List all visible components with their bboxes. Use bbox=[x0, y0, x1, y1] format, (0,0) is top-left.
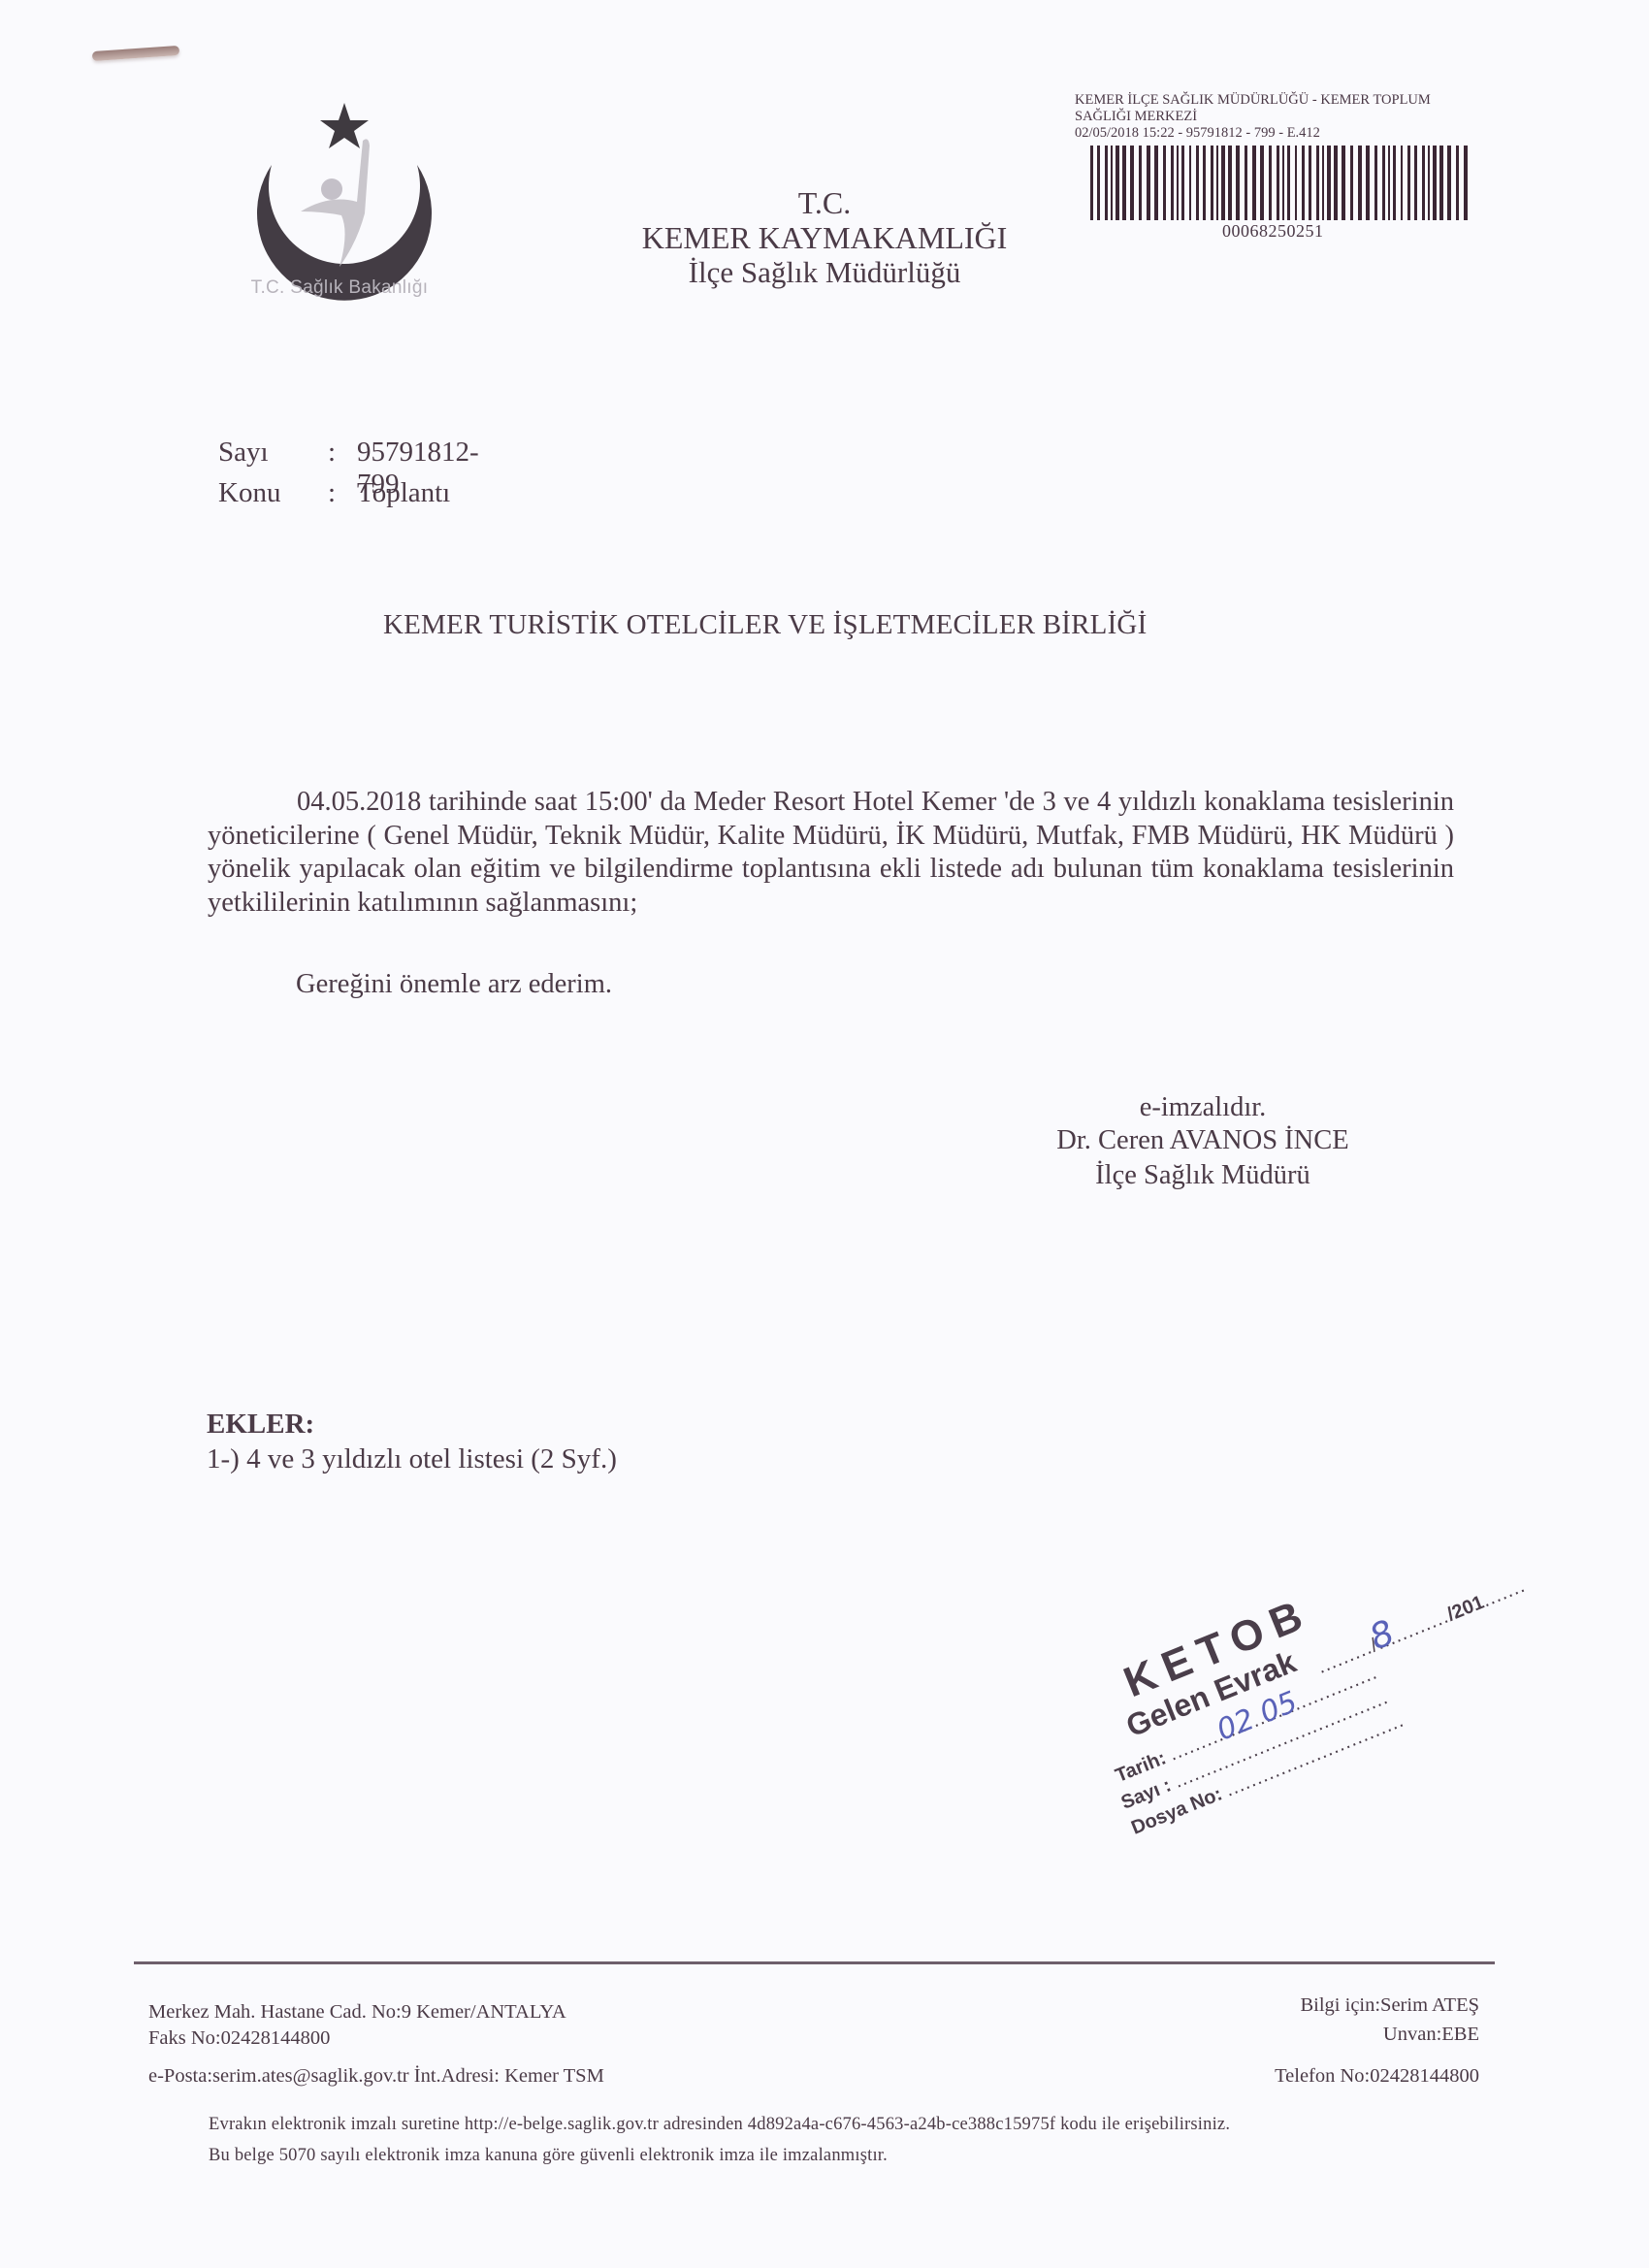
footer-contact-title: Unvan:EBE bbox=[1383, 2024, 1479, 2046]
stamp-year-row: ........./............/201....... bbox=[1314, 1575, 1529, 1679]
logo-caption: T.C. Sağlık Bakanlığı bbox=[213, 277, 466, 299]
closing-line: Gereğini önemle arz ederim. bbox=[296, 969, 612, 1000]
footer-contact-person: Bilgi için:Serim ATEŞ bbox=[1300, 1994, 1479, 2017]
verification-note: Evrakın elektronik imzalı suretine http:… bbox=[209, 2115, 1230, 2135]
header-directorate: İlçe Sağlık Müdürlüğü bbox=[582, 254, 1067, 291]
barcode-stamp-line: 02/05/2018 15:22 - 95791812 - 799 - E.41… bbox=[1075, 125, 1431, 142]
barcode-number: 00068250251 bbox=[1222, 221, 1324, 242]
addressee: KEMER TURİSTİK OTELCİLER VE İŞLETMECİLER… bbox=[383, 609, 1147, 641]
received-stamp: KETOB Gelen Evrak ........./............… bbox=[1085, 1555, 1485, 1875]
footer-fax: Faks No:02428144800 bbox=[148, 2027, 330, 2050]
barcode-header: KEMER İLÇE SAĞLIK MÜDÜRLÜĞÜ - KEMER TOPL… bbox=[1075, 92, 1431, 142]
separator: : bbox=[328, 477, 336, 509]
separator: : bbox=[328, 437, 336, 469]
signatory-name: Dr. Ceren AVANOS İNCE bbox=[951, 1123, 1455, 1158]
subject-value: Toplantı bbox=[357, 477, 450, 509]
attachments-title: EKLER: bbox=[207, 1409, 314, 1441]
subject-label: Konu bbox=[218, 477, 280, 509]
body-paragraph: 04.05.2018 tarihinde saat 15:00' da Mede… bbox=[208, 786, 1454, 920]
attachment-item: 1-) 4 ve 3 yıldızlı otel listesi (2 Syf.… bbox=[207, 1443, 617, 1475]
footer-email: e-Posta:serim.ates@saglik.gov.tr İnt.Adr… bbox=[148, 2065, 604, 2088]
header-governorship: KEMER KAYMAKAMLIĞI bbox=[582, 219, 1067, 256]
document-number-label: Sayı bbox=[218, 437, 269, 469]
signature-note: e-imzalıdır. bbox=[951, 1090, 1455, 1125]
footer-address: Merkez Mah. Hastane Cad. No:9 Kemer/ANTA… bbox=[148, 2001, 566, 2024]
footer-phone: Telefon No:02428144800 bbox=[1275, 2065, 1479, 2088]
legal-note: Bu belge 5070 sayılı elektronik imza kan… bbox=[209, 2146, 888, 2166]
staple-mark bbox=[92, 46, 179, 61]
barcode-institution-line2: SAĞLIĞI MERKEZİ bbox=[1075, 109, 1431, 125]
barcode-icon bbox=[1088, 146, 1474, 220]
header-tc: T.C. bbox=[582, 184, 1067, 221]
barcode-institution-line1: KEMER İLÇE SAĞLIK MÜDÜRLÜĞÜ - KEMER TOPL… bbox=[1075, 92, 1431, 109]
signatory-title: İlçe Sağlık Müdürü bbox=[951, 1158, 1455, 1193]
footer-divider bbox=[134, 1961, 1495, 1964]
letter-body: 04.05.2018 tarihinde saat 15:00' da Mede… bbox=[208, 786, 1454, 920]
